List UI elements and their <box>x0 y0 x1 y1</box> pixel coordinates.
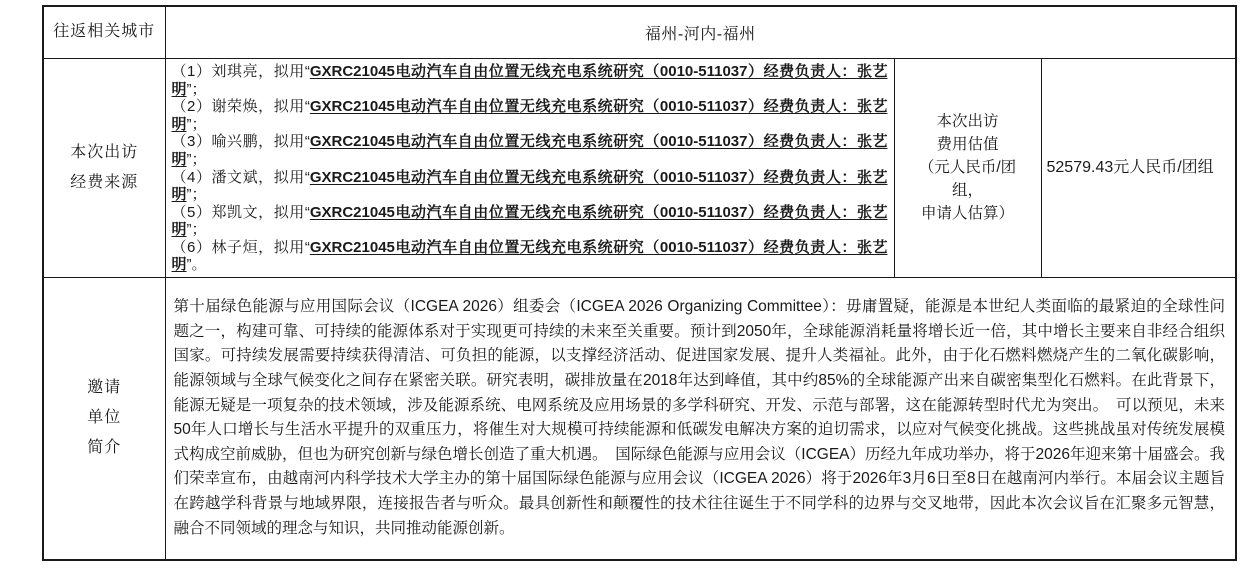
fund-item-payer-label: 经费负责人： <box>764 133 857 150</box>
fund-item-tail: ”； <box>187 81 207 98</box>
fund-item-lead: （4）潘文斌，拟用“ <box>172 169 310 186</box>
route-label: 往返相关城市 <box>43 6 165 58</box>
fund-source-item-4: （4）潘文斌，拟用“GXRC21045电动汽车自由位置无线充电系统研究（0010… <box>172 169 888 204</box>
fund-item-project: GXRC21045电动汽车自由位置无线充电系统研究（0010-511037） <box>310 63 764 80</box>
fund-source-item-6: （6）林子烜，拟用“GXRC21045电动汽车自由位置无线充电系统研究（0010… <box>172 239 888 274</box>
funding-source-list: （1）刘琪亮，拟用“GXRC21045电动汽车自由位置无线充电系统研究（0010… <box>166 61 894 274</box>
estimate-value: 52579.43元人民币/团组 <box>1041 58 1236 277</box>
row-route: 往返相关城市 福州-河内-福州 <box>43 6 1236 58</box>
fund-item-tail: ”； <box>187 221 207 238</box>
fund-source-item-3: （3）喻兴鹏，拟用“GXRC21045电动汽车自由位置无线充电系统研究（0010… <box>172 133 888 168</box>
fund-item-lead: （5）郑凯文，拟用“ <box>172 204 310 221</box>
fund-item-payer-label: 经费负责人： <box>764 98 857 115</box>
fund-item-tail: ”； <box>187 116 207 133</box>
invitation-label: 邀请 单位 简介 <box>43 277 165 560</box>
fund-source-item-2: （2）谢荣焕，拟用“GXRC21045电动汽车自由位置无线充电系统研究（0010… <box>172 98 888 133</box>
fund-item-project: GXRC21045电动汽车自由位置无线充电系统研究（0010-511037） <box>310 98 764 115</box>
fund-item-lead: （1）刘琪亮，拟用“ <box>172 63 310 80</box>
fund-item-project: GXRC21045电动汽车自由位置无线充电系统研究（0010-511037） <box>310 133 764 150</box>
funding-list-cell: （1）刘琪亮，拟用“GXRC21045电动汽车自由位置无线充电系统研究（0010… <box>165 58 894 277</box>
fund-item-tail: ”； <box>187 186 207 203</box>
row-invitation: 邀请 单位 简介 第十届绿色能源与应用国际会议（ICGEA 2026）组委会（I… <box>43 277 1236 560</box>
fund-source-item-5: （5）郑凯文，拟用“GXRC21045电动汽车自由位置无线充电系统研究（0010… <box>172 204 888 239</box>
estimate-label: 本次出访 费用估值 （元人民币/团 组， 申请人估算） <box>894 58 1041 277</box>
row-funding: 本次出访 经费来源 （1）刘琪亮，拟用“GXRC21045电动汽车自由位置无线充… <box>43 58 1236 277</box>
fund-item-payer-label: 经费负责人： <box>764 239 857 256</box>
fund-item-project: GXRC21045电动汽车自由位置无线充电系统研究（0010-511037） <box>310 204 764 221</box>
route-value: 福州-河内-福州 <box>165 6 1236 58</box>
fund-item-lead: （2）谢荣焕，拟用“ <box>172 98 310 115</box>
fund-item-payer-label: 经费负责人： <box>764 204 857 221</box>
fund-item-tail: ”； <box>187 151 207 168</box>
fund-source-item-1: （1）刘琪亮，拟用“GXRC21045电动汽车自由位置无线充电系统研究（0010… <box>172 63 888 98</box>
funding-label: 本次出访 经费来源 <box>43 58 165 277</box>
fund-item-tail: ”。 <box>187 256 207 273</box>
travel-application-table: 往返相关城市 福州-河内-福州 本次出访 经费来源 （1）刘琪亮，拟用“GXRC… <box>42 5 1237 561</box>
fund-item-lead: （3）喻兴鹏，拟用“ <box>172 133 310 150</box>
fund-item-payer-label: 经费负责人： <box>764 63 857 80</box>
fund-item-project: GXRC21045电动汽车自由位置无线充电系统研究（0010-511037） <box>310 239 764 256</box>
fund-item-payer-label: 经费负责人： <box>764 169 857 186</box>
fund-item-project: GXRC21045电动汽车自由位置无线充电系统研究（0010-511037） <box>310 169 764 186</box>
invitation-paragraph: 第十届绿色能源与应用国际会议（ICGEA 2026）组委会（ICGEA 2026… <box>174 295 1226 541</box>
invitation-paragraph-cell: 第十届绿色能源与应用国际会议（ICGEA 2026）组委会（ICGEA 2026… <box>165 277 1236 560</box>
fund-item-lead: （6）林子烜，拟用“ <box>172 239 310 256</box>
